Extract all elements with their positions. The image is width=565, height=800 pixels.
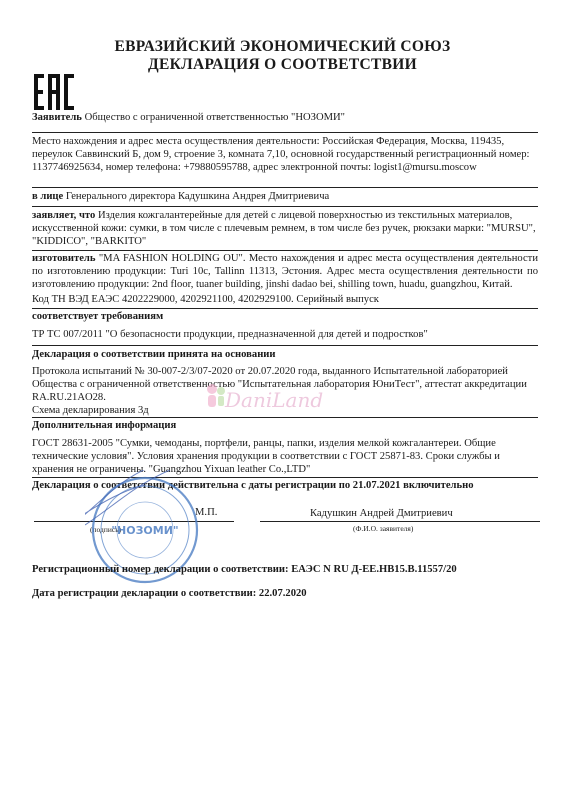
divider [32, 345, 538, 346]
divider [32, 308, 538, 309]
registration-date-row: Дата регистрации декларации о соответств… [32, 587, 538, 600]
declares-value: Изделия кожгалантерейные для детей с лиц… [32, 210, 536, 247]
represented-by-row: в лице Генерального директора Кадушкина … [32, 190, 538, 203]
document-title-declaration: ДЕКЛАРАЦИЯ О СООТВЕТСТВИИ [0, 56, 565, 74]
declares-label: заявляет, что [32, 210, 95, 221]
manufacturer-block: изготовитель "MA FASHION HOLDING OU". Ме… [32, 252, 538, 292]
registration-date-label: Дата регистрации декларации о соответств… [32, 588, 256, 599]
eac-mark-icon [34, 74, 74, 110]
applicant-label: Заявитель [32, 112, 82, 123]
represented-by-value: Генерального директора Кадушкина Андрея … [66, 191, 329, 202]
address-block: Место нахождения и адрес места осуществл… [32, 135, 538, 175]
svg-text:"НОЗОМИ": "НОЗОМИ" [111, 524, 178, 537]
divider [32, 250, 538, 251]
declares-block: заявляет, что Изделия кожгалантерейные д… [32, 209, 538, 249]
requirements-value: ТР ТС 007/2011 "О безопасности продукции… [32, 328, 538, 341]
registration-number: ЕАЭС N RU Д-EE.НВ15.В.11557/20 [291, 564, 456, 575]
name-line [260, 521, 540, 522]
declaration-page: ЕВРАЗИЙСКИЙ ЭКОНОМИЧЕСКИЙ СОЮЗ ДЕКЛАРАЦИ… [0, 0, 565, 800]
divider [32, 187, 538, 188]
applicant-row: Заявитель Общество с ограниченной ответс… [32, 111, 538, 124]
document-title-union: ЕВРАЗИЙСКИЙ ЭКОНОМИЧЕСКИЙ СОЮЗ [0, 38, 565, 56]
divider [32, 417, 538, 418]
registration-number-row: Регистрационный номер декларации о соотв… [32, 563, 552, 576]
additional-info-label: Дополнительная информация [32, 419, 538, 432]
name-caption: (Ф.И.О. заявителя) [353, 524, 413, 533]
basis-label: Декларация о соответствии принята на осн… [32, 348, 538, 361]
applicant-full-name: Кадушкин Андрей Дмитриевич [310, 507, 510, 520]
registration-date: 22.07.2020 [259, 588, 307, 599]
registration-number-label: Регистрационный номер декларации о соотв… [32, 564, 289, 575]
divider [32, 206, 538, 207]
applicant-value: Общество с ограниченной ответственностью… [85, 112, 345, 123]
manufacturer-label: изготовитель [32, 253, 95, 264]
declaration-scheme: Схема декларирования 3д [32, 404, 538, 417]
manufacturer-value: "MA FASHION HOLDING OU". Место нахождени… [32, 253, 538, 290]
requirements-label: соответствует требованиям [32, 310, 538, 323]
represented-by-label: в лице [32, 191, 63, 202]
product-codes: Код ТН ВЭД ЕАЭС 4202229000, 4202921100, … [32, 293, 538, 306]
divider [32, 132, 538, 133]
